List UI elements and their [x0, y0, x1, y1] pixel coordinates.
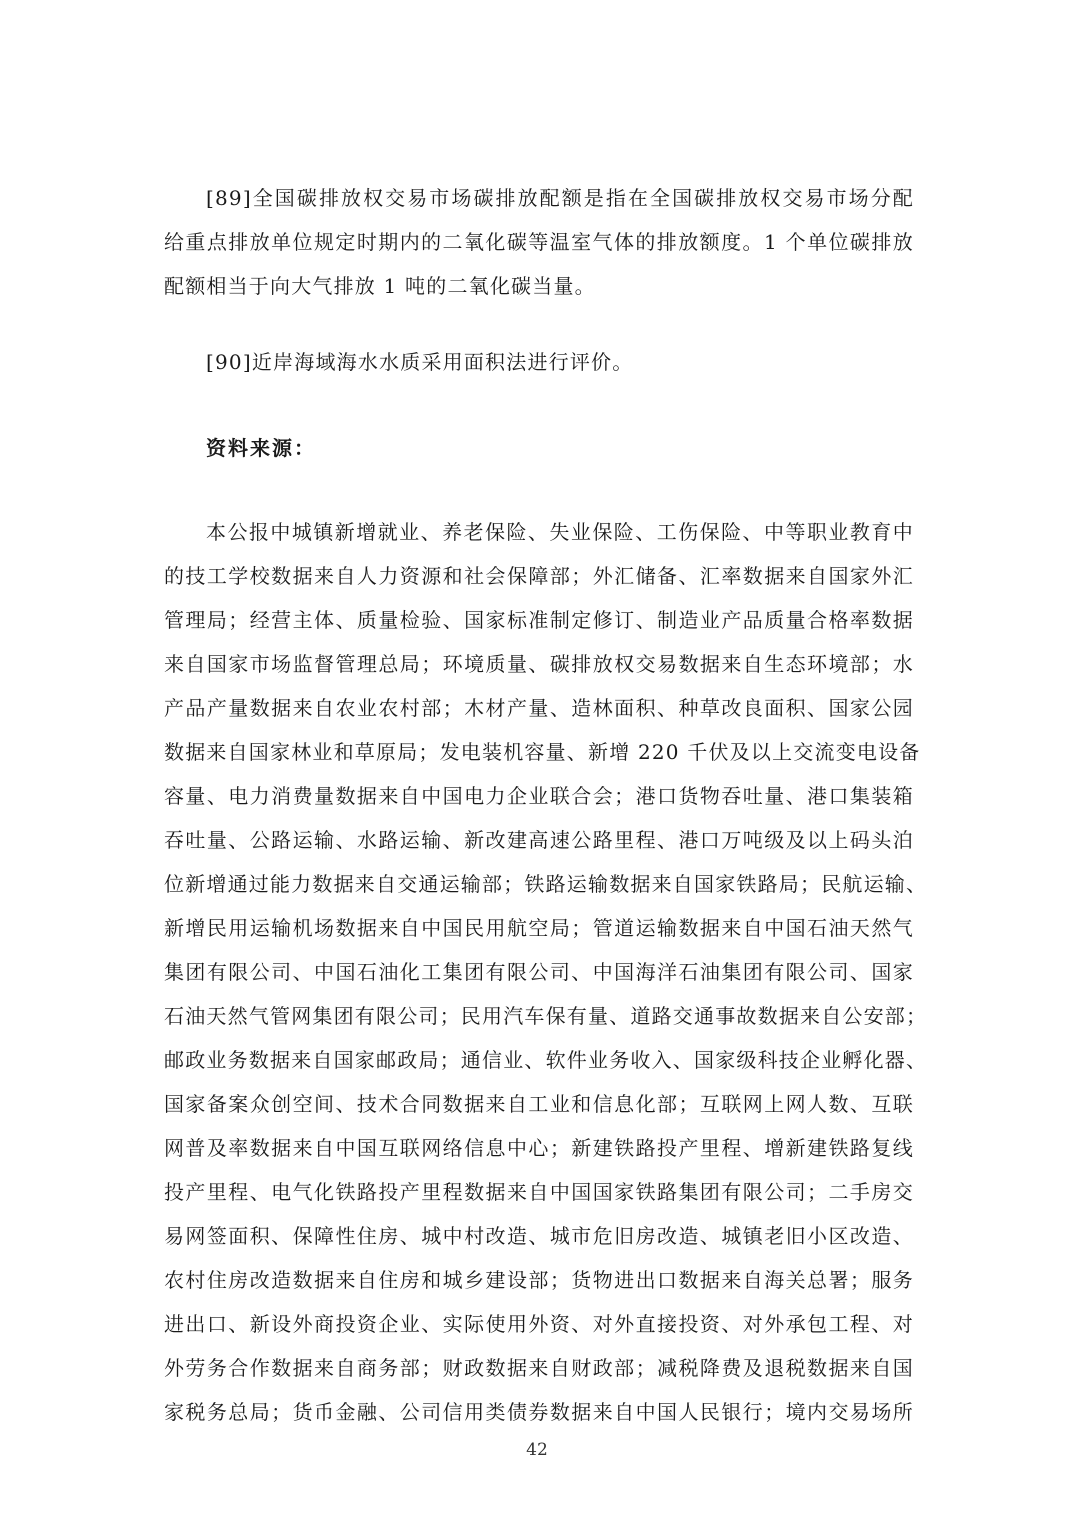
sources-line: 管理局；经营主体、质量检验、国家标准制定修订、制造业产品质量合格率数据 — [164, 598, 914, 642]
sources-section: 资料来源： — [164, 426, 914, 470]
sources-line: 产品产量数据来自农业农村部；木材产量、造林面积、种草改良面积、国家公园 — [164, 686, 914, 730]
page-number: 42 — [0, 1440, 1074, 1460]
footnote-90: [90]近岸海域海水水质采用面积法进行评价。 — [164, 340, 914, 384]
sources-line: 邮政业务数据来自国家邮政局；通信业、软件业务收入、国家级科技企业孵化器、 — [164, 1038, 914, 1082]
footnote-89: [89]全国碳排放权交易市场碳排放配额是指在全国碳排放权交易市场分配 给重点排放… — [164, 176, 914, 308]
sources-heading: 资料来源： — [164, 426, 914, 470]
sources-line: 集团有限公司、中国石油化工集团有限公司、中国海洋石油集团有限公司、国家 — [164, 950, 914, 994]
sources-line: 数据来自国家林业和草原局；发电装机容量、新增 220 千伏及以上交流变电设备 — [164, 730, 914, 774]
footnote-89-line-3: 配额相当于向大气排放 1 吨的二氧化碳当量。 — [164, 264, 914, 308]
sources-line: 来自国家市场监督管理总局；环境质量、碳排放权交易数据来自生态环境部；水 — [164, 642, 914, 686]
document-page: [89]全国碳排放权交易市场碳排放配额是指在全国碳排放权交易市场分配 给重点排放… — [0, 0, 1074, 1520]
sources-line: 新增民用运输机场数据来自中国民用航空局；管道运输数据来自中国石油天然气 — [164, 906, 914, 950]
sources-line: 本公报中城镇新增就业、养老保险、失业保险、工伤保险、中等职业教育中 — [164, 510, 914, 554]
sources-line: 位新增通过能力数据来自交通运输部；铁路运输数据来自国家铁路局；民航运输、 — [164, 862, 914, 906]
sources-line: 外劳务合作数据来自商务部；财政数据来自财政部；减税降费及退税数据来自国 — [164, 1346, 914, 1390]
sources-line: 进出口、新设外商投资企业、实际使用外资、对外直接投资、对外承包工程、对 — [164, 1302, 914, 1346]
sources-line: 吞吐量、公路运输、水路运输、新改建高速公路里程、港口万吨级及以上码头泊 — [164, 818, 914, 862]
footnote-89-line-1: [89]全国碳排放权交易市场碳排放配额是指在全国碳排放权交易市场分配 — [164, 176, 914, 220]
sources-line: 家税务总局；货币金融、公司信用类债券数据来自中国人民银行；境内交易场所 — [164, 1390, 914, 1434]
sources-line: 农村住房改造数据来自住房和城乡建设部；货物进出口数据来自海关总署；服务 — [164, 1258, 914, 1302]
sources-line: 石油天然气管网集团有限公司；民用汽车保有量、道路交通事故数据来自公安部； — [164, 994, 914, 1038]
sources-line: 国家备案众创空间、技术合同数据来自工业和信息化部；互联网上网人数、互联 — [164, 1082, 914, 1126]
sources-line: 网普及率数据来自中国互联网络信息中心；新建铁路投产里程、增新建铁路复线 — [164, 1126, 914, 1170]
footnote-89-line-2: 给重点排放单位规定时期内的二氧化碳等温室气体的排放额度。1 个单位碳排放 — [164, 220, 914, 264]
sources-line: 易网签面积、保障性住房、城中村改造、城市危旧房改造、城镇老旧小区改造、 — [164, 1214, 914, 1258]
footnote-90-line-1: [90]近岸海域海水水质采用面积法进行评价。 — [164, 340, 914, 384]
sources-line: 投产里程、电气化铁路投产里程数据来自中国国家铁路集团有限公司；二手房交 — [164, 1170, 914, 1214]
sources-paragraph: 本公报中城镇新增就业、养老保险、失业保险、工伤保险、中等职业教育中 的技工学校数… — [164, 510, 914, 1434]
sources-line: 的技工学校数据来自人力资源和社会保障部；外汇储备、汇率数据来自国家外汇 — [164, 554, 914, 598]
sources-line: 容量、电力消费量数据来自中国电力企业联合会；港口货物吞吐量、港口集装箱 — [164, 774, 914, 818]
